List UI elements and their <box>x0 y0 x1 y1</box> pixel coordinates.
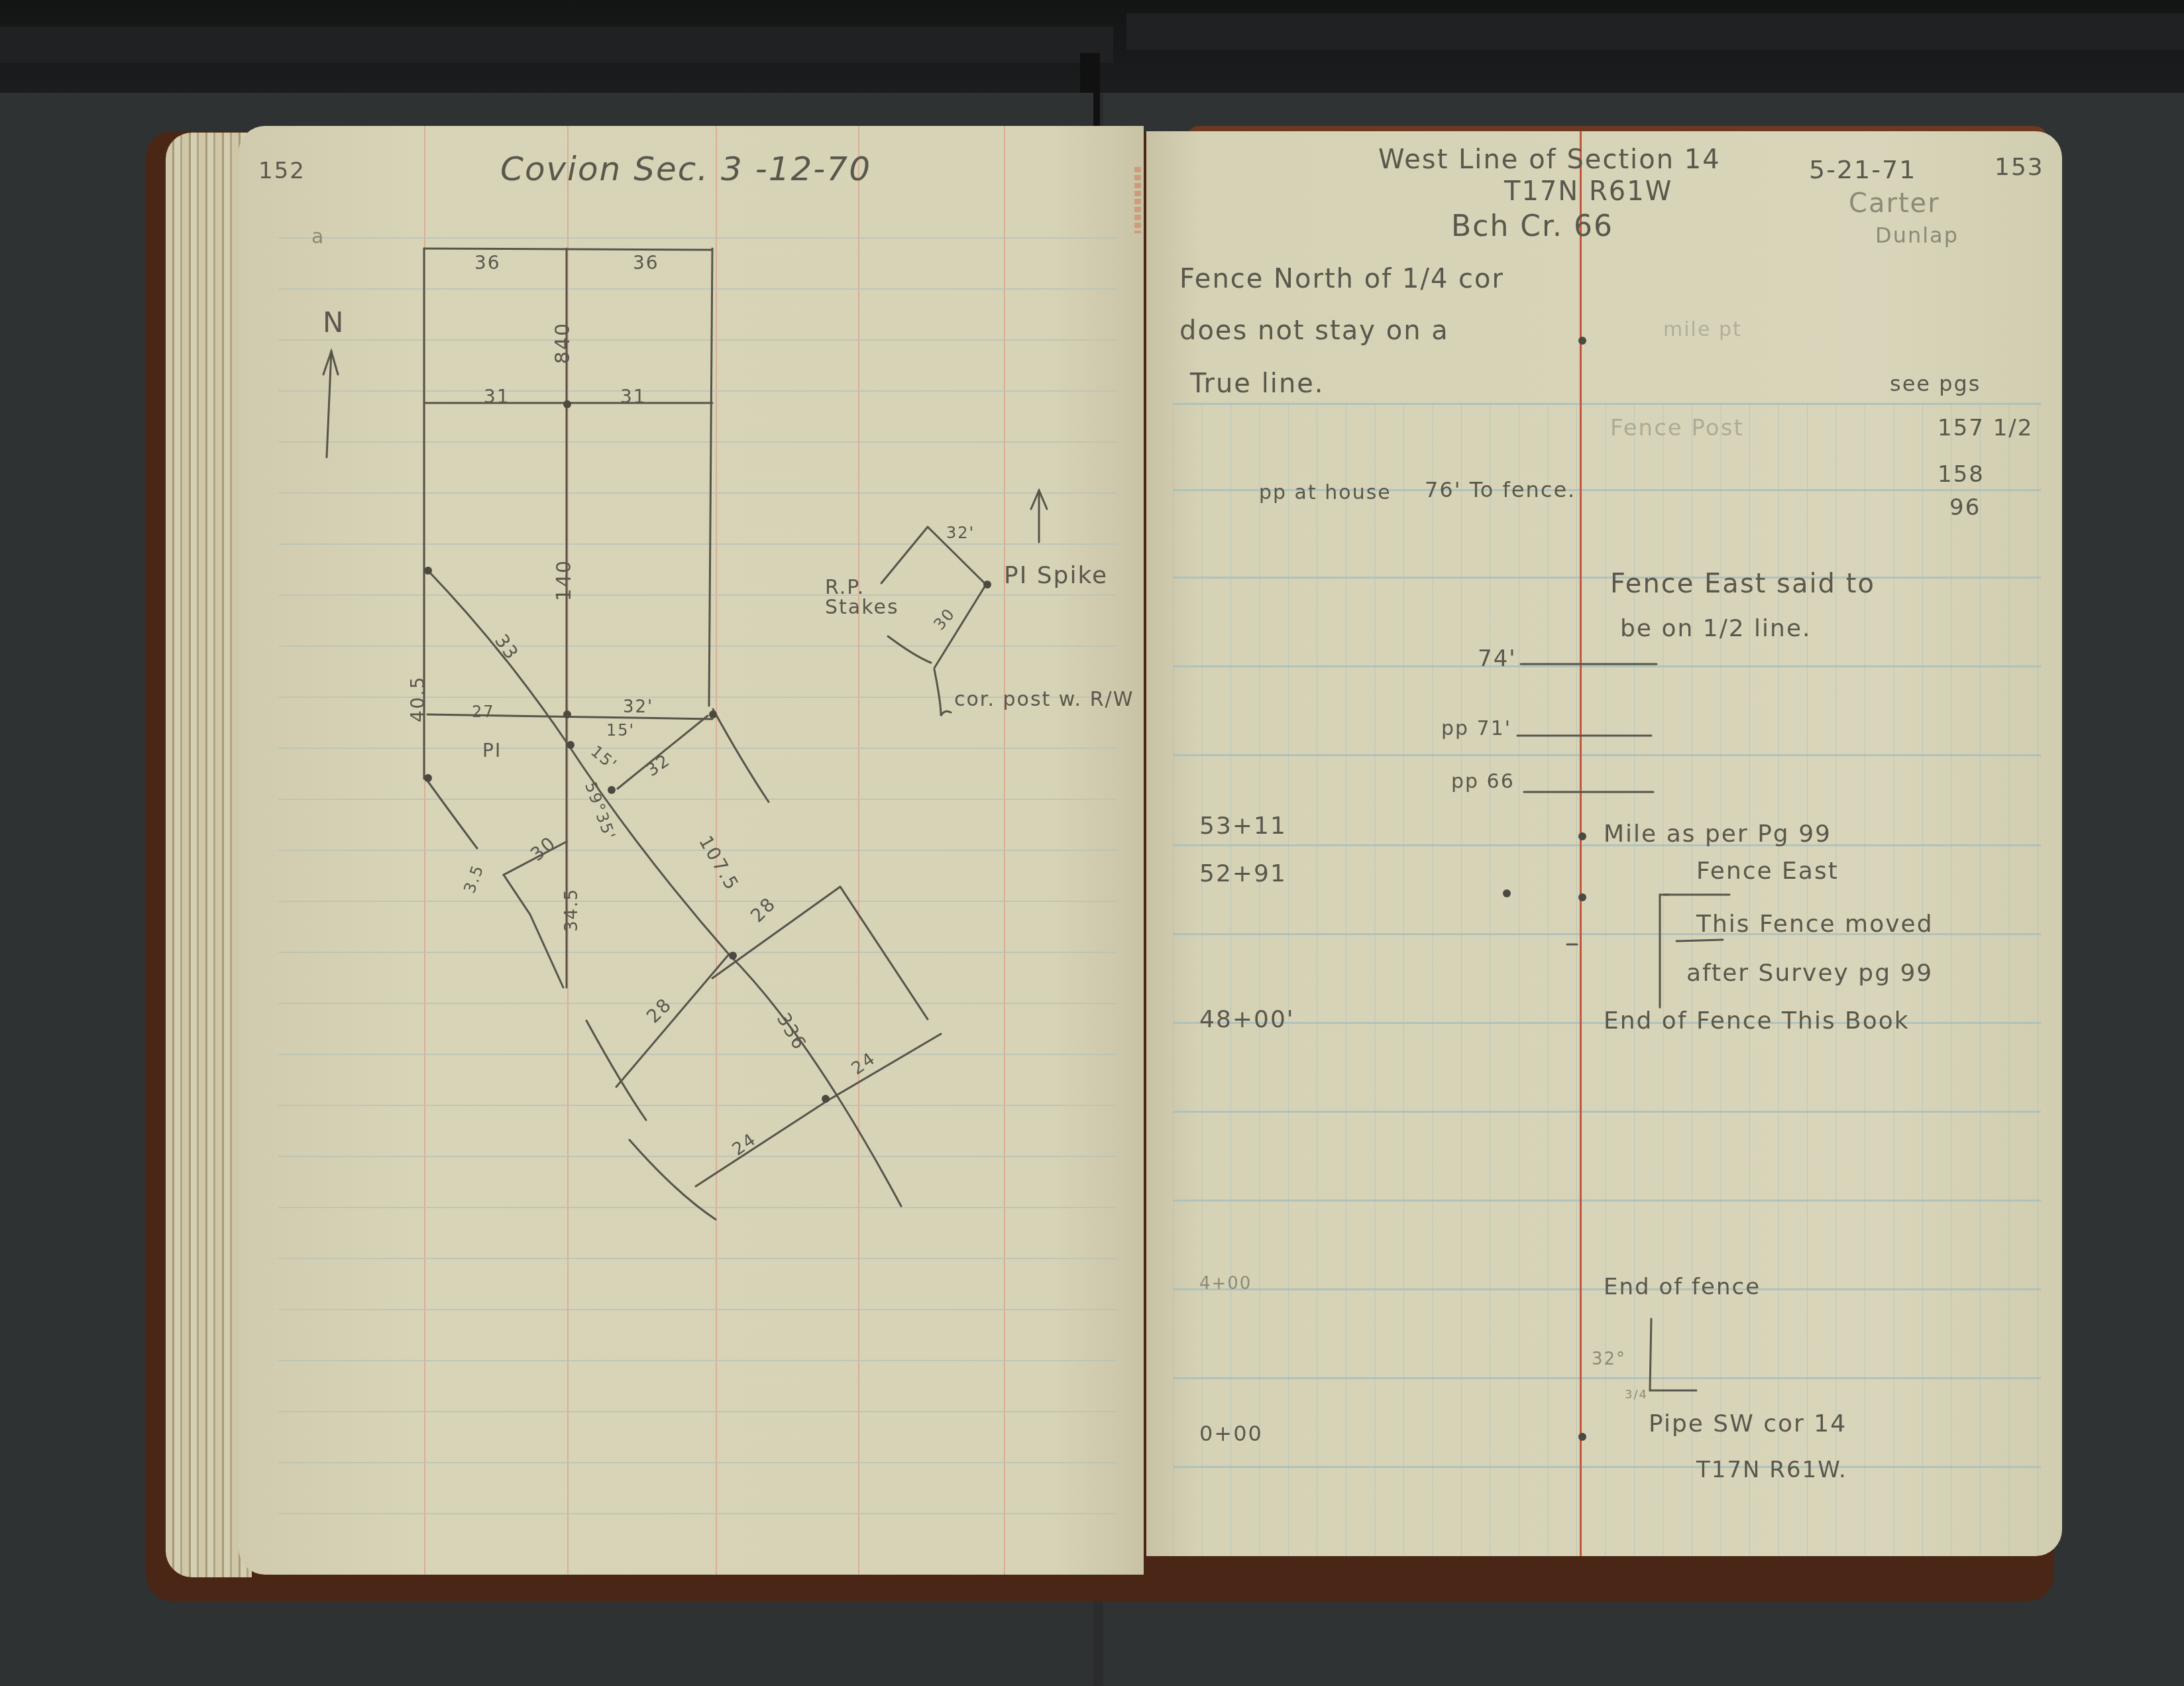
survey-point <box>424 567 432 575</box>
dim-15-a: 15' <box>606 721 635 740</box>
survey-point <box>822 1095 830 1103</box>
rp-stakes-label: R.P. Stakes <box>825 578 898 618</box>
dim-mid-right: 31 <box>620 386 647 408</box>
dim-40-5: 40.5 <box>407 675 429 722</box>
survey-point <box>563 400 571 408</box>
survey-point <box>709 710 717 718</box>
dim-32-prime: 32' <box>623 697 653 717</box>
inset-dist-32: 32' <box>946 524 975 542</box>
pi-label: PI <box>482 740 502 761</box>
dim-27: 27 <box>472 702 495 721</box>
corner-post-label: cor. post w. R/W <box>954 688 1134 711</box>
dim-34-5: 34.5 <box>562 888 582 932</box>
survey-point <box>424 774 432 782</box>
survey-point <box>563 710 571 718</box>
dim-top-right: 36 <box>633 252 659 274</box>
dim-840: 840 <box>551 322 574 364</box>
survey-point <box>729 952 737 960</box>
pi-spike-point <box>983 581 991 589</box>
pi-spike-label: PI Spike <box>1004 562 1108 589</box>
dim-140: 140 <box>553 559 576 601</box>
north-label: N <box>323 306 345 339</box>
survey-point <box>608 786 616 794</box>
pi-point <box>567 741 574 749</box>
dim-mid-left: 31 <box>484 386 510 408</box>
survey-sketch <box>0 0 2184 1686</box>
dim-top-left: 36 <box>474 252 501 274</box>
